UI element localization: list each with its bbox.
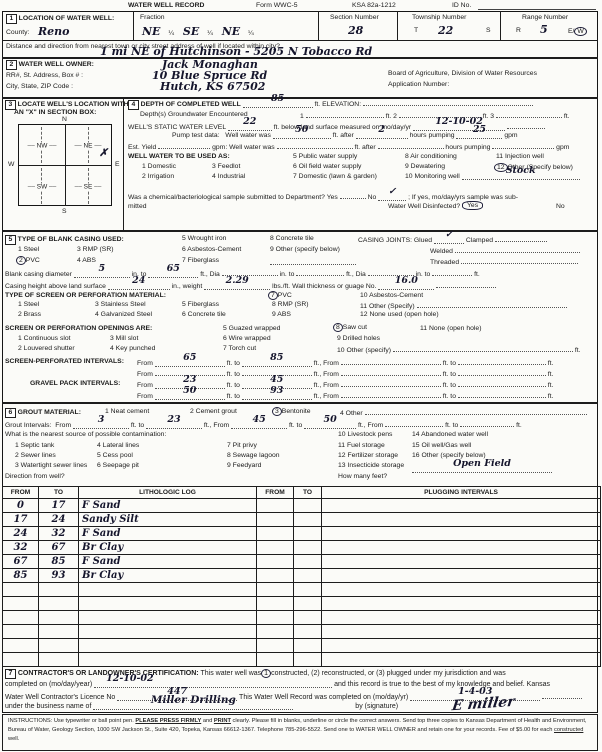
county-label: County: bbox=[6, 29, 29, 36]
casing-joints-line: CASING JOINTS: Glued ✓ Clamped bbox=[358, 235, 547, 244]
col-from2: FROM bbox=[257, 487, 294, 499]
gpi-row1: From 23 ft. to 45 ft., From ft. to ft. bbox=[137, 380, 553, 389]
divider bbox=[318, 11, 319, 40]
section3-title-2: AN "X" IN SECTION BOX: bbox=[14, 109, 96, 116]
screen-none: 12 None used (open hole) bbox=[360, 311, 439, 318]
openings-title: SCREEN OR PERFORATION OPENINGS ARE: bbox=[5, 325, 152, 332]
openings-none: 11 None (open hole) bbox=[420, 325, 481, 332]
contam-fertilizer: 12 Fertilizer storage bbox=[338, 452, 398, 459]
distance-value: 1 mi NE of Hutchinson - 5205 N Tobacco R… bbox=[100, 45, 372, 58]
address-label: RR#, St. Address, Box # : bbox=[6, 72, 83, 79]
contam-seepage: 6 Seepage pit bbox=[97, 462, 139, 469]
ksa-number: KSA 82a-1212 bbox=[352, 2, 396, 9]
constructed-circled: 1 bbox=[261, 669, 271, 678]
screen-galvanized: 4 Galvanized Steel bbox=[95, 311, 152, 318]
contam-watertight-sewer: 3 Watertight sewer lines bbox=[15, 462, 87, 469]
spi-label: SCREEN-PERFORATED INTERVALS: bbox=[5, 358, 124, 365]
openings-sawcut-circled: 8 bbox=[333, 323, 343, 332]
section-box-center-horizontal bbox=[18, 165, 112, 166]
col-plugging-intervals: PLUGGING INTERVALS bbox=[322, 487, 601, 499]
table-row-empty bbox=[3, 639, 601, 653]
screen-rmp: 8 RMP (SR) bbox=[272, 301, 309, 308]
table-row-empty bbox=[3, 583, 601, 597]
divider bbox=[133, 11, 134, 40]
section6-title: GROUT MATERIAL: bbox=[18, 409, 81, 416]
county-value: Reno bbox=[38, 25, 69, 38]
contam-other-blank: Open Field bbox=[412, 466, 552, 473]
casing-concrete-tile: 8 Concrete tile bbox=[270, 235, 314, 242]
quadrant-sw: SW bbox=[27, 184, 58, 191]
fraction-value: NE ¼ SE ¼ NE ¼ bbox=[142, 25, 254, 38]
grout-bentonite-circled: 3 bbox=[272, 407, 282, 416]
use-oilfield: 6 Oil field water supply bbox=[293, 163, 361, 170]
use-label: WELL WATER TO BE USED AS: bbox=[128, 153, 230, 160]
grout-bentonite: 3Bentonite bbox=[272, 407, 311, 416]
threaded-line: Threaded bbox=[430, 257, 578, 266]
divider bbox=[2, 40, 598, 41]
table-row: 6785F Sand bbox=[3, 555, 601, 569]
divider bbox=[123, 97, 124, 230]
casing-height-line: Casing height above land surface 24 in.,… bbox=[5, 281, 496, 290]
quarter-symbol: ¼ bbox=[248, 30, 254, 37]
section4-number: 4 bbox=[128, 100, 139, 110]
township-label: Township Number bbox=[412, 14, 466, 21]
openings-millslot: 3 Mill slot bbox=[110, 335, 138, 342]
section-number-value: 28 bbox=[348, 24, 363, 37]
city-value: Hutch, KS 67502 bbox=[160, 80, 265, 93]
table-row-empty bbox=[3, 653, 601, 667]
contam-lateral: 4 Lateral lines bbox=[97, 442, 139, 449]
divider bbox=[2, 230, 598, 232]
compass-e: E bbox=[115, 161, 120, 168]
use-feedlot: 3 Feedlot bbox=[212, 163, 240, 170]
compass-n: N bbox=[62, 116, 67, 123]
openings-keypunched: 4 Key punched bbox=[110, 345, 155, 352]
application-number-label: Application Number: bbox=[388, 81, 449, 88]
screen-brass: 2 Brass bbox=[18, 311, 41, 318]
openings-other: 10 Other (specify) ft. bbox=[337, 345, 580, 354]
quarter-symbol: ¼ bbox=[168, 30, 174, 37]
section3-title-1: LOCATE WELL'S LOCATION WITH bbox=[18, 101, 129, 108]
city-label: City, State, ZIP Code : bbox=[6, 83, 73, 90]
use-injection: 11 Injection well bbox=[496, 153, 544, 160]
divider bbox=[2, 402, 598, 404]
screen-material-title: TYPE OF SCREEN OR PERFORATION MATERIAL: bbox=[5, 292, 166, 299]
use-dewatering: 9 Dewatering bbox=[405, 163, 445, 170]
openings-sawcut: 8Saw cut bbox=[333, 323, 367, 332]
openings-gauzed: 5 Guazed wrapped bbox=[223, 325, 280, 332]
use-irrigation: 2 Irrigation bbox=[142, 173, 174, 180]
contam-livestock: 10 Livestock pens bbox=[338, 431, 392, 438]
casing-pvc-circled: 2 bbox=[16, 256, 26, 265]
section1-number: 1 bbox=[6, 14, 17, 24]
well-location-x-mark: ✗ bbox=[99, 147, 108, 159]
depth-label: DEPTH OF COMPLETED WELL bbox=[141, 101, 241, 108]
gpi-row2: From 50 ft. to 93 ft., From ft. to ft. bbox=[137, 391, 553, 400]
spi-row1: From 65 ft. to 85 ft., From ft. to ft. bbox=[137, 358, 553, 367]
casing-abs: 4 ABS bbox=[77, 257, 96, 264]
contam-cesspool: 5 Cess pool bbox=[97, 452, 133, 459]
screen-concrete: 6 Concrete tile bbox=[182, 311, 226, 318]
screen-fiberglass: 5 Fiberglass bbox=[182, 301, 219, 308]
id-blank bbox=[478, 3, 596, 10]
screen-pvc: 7PVC bbox=[268, 291, 292, 300]
section2-number: 2 bbox=[6, 60, 17, 70]
screen-stainless: 3 Stainless Steel bbox=[95, 301, 146, 308]
screen-asbestos: 10 Asbestos-Cement bbox=[360, 292, 423, 299]
section5-title: TYPE OF BLANK CASING USED: bbox=[18, 236, 124, 243]
screen-pvc-circled: 7 bbox=[268, 291, 278, 300]
contam-abandoned-well: 14 Abandoned water well bbox=[412, 431, 488, 438]
id-label: ID No. bbox=[452, 2, 471, 9]
range-w-circled: W bbox=[574, 27, 586, 36]
section7-number: 7 bbox=[5, 669, 16, 679]
contam-feedyard: 9 Feedyard bbox=[227, 462, 261, 469]
contamination-label: What is the nearest source of possible c… bbox=[5, 431, 166, 438]
table-row-empty bbox=[3, 611, 601, 625]
casing-rmp: 3 RMP (SR) bbox=[77, 246, 114, 253]
casing-pvc: 2PVC bbox=[16, 256, 40, 265]
elevation-blank bbox=[363, 99, 533, 106]
depth-blank: 85 bbox=[243, 101, 313, 108]
form-number: Form WWC-5 bbox=[256, 2, 298, 9]
table-row: 1724Sandy Silt bbox=[3, 513, 601, 527]
sample-question-line: Was a chemical/bacteriological sample su… bbox=[128, 192, 518, 201]
use-aircond: 8 Air conditioning bbox=[405, 153, 457, 160]
openings-torch: 7 Torch cut bbox=[223, 345, 256, 352]
instructions: INSTRUCTIONS: Use typewriter or ball poi… bbox=[2, 714, 598, 751]
divider bbox=[500, 11, 501, 40]
casing-other-blank bbox=[270, 258, 356, 265]
quadrant-nw: NW bbox=[27, 143, 58, 150]
disinfected-label: Water Well Disinfected? bbox=[388, 203, 460, 210]
direction-label: Direction from well? bbox=[5, 473, 65, 480]
use-domestic: 1 Domestic bbox=[142, 163, 176, 170]
table-row: 8593Br Clay bbox=[3, 569, 601, 583]
casing-asbestos: 6 Asbestos-Cement bbox=[182, 246, 241, 253]
disinfected-no: No bbox=[556, 203, 565, 210]
contam-sewage-lagoon: 8 Sewage lagoon bbox=[227, 452, 280, 459]
groundwater-label: Depth(s) Groundwater Encountered bbox=[140, 111, 248, 118]
board-label: Board of Agriculture, Division of Water … bbox=[388, 70, 537, 77]
casing-fiberglass: 7 Fiberglass bbox=[182, 257, 219, 264]
lithologic-log-table: FROM TO LITHOLOGIC LOG FROM TO PLUGGING … bbox=[2, 486, 601, 667]
compass-s: S bbox=[62, 208, 67, 215]
table-header-row: FROM TO LITHOLOGIC LOG FROM TO PLUGGING … bbox=[3, 487, 601, 499]
section1-title: LOCATION OF WATER WELL: bbox=[19, 15, 115, 22]
water-well-record-form: WATER WELL RECORD Form WWC-5 KSA 82a-121… bbox=[0, 0, 602, 752]
casing-steel: 1 Steel bbox=[18, 246, 39, 253]
pump-test-line: Pump test data: Well water was 50 ft. af… bbox=[172, 132, 518, 139]
contam-insecticide: 13 Insecticide storage bbox=[338, 462, 404, 469]
gpi-label: GRAVEL PACK INTERVALS: bbox=[30, 380, 120, 387]
feet-label: How many feet? bbox=[338, 473, 387, 480]
section2-title: WATER WELL OWNER: bbox=[19, 61, 94, 68]
range-ew: E/W bbox=[568, 27, 587, 36]
screen-abs: 9 ABS bbox=[272, 311, 291, 318]
grout-intervals-line: Grout Intervals: From 3 ft. to 23 ft., F… bbox=[5, 420, 522, 429]
screen-other: 11 Other (Specify) bbox=[360, 301, 567, 310]
table-row: 017F Sand bbox=[3, 499, 601, 513]
section5-number: 5 bbox=[5, 235, 16, 245]
fraction-label: Fraction bbox=[140, 14, 165, 21]
openings-drilled: 9 Drilled holes bbox=[337, 335, 380, 342]
est-yield-line: Est. Yield gpm: Well water was ft. after… bbox=[128, 142, 569, 151]
township-t: T bbox=[414, 27, 418, 34]
use-industrial: 4 Industrial bbox=[212, 173, 245, 180]
col-from: FROM bbox=[3, 487, 39, 499]
disinfected-yes-circled: Yes bbox=[462, 201, 483, 210]
range-label: Range Number bbox=[522, 14, 568, 21]
openings-continuous: 1 Continuous slot bbox=[18, 335, 71, 342]
township-s: S bbox=[486, 27, 491, 34]
section-number-label: Section Number bbox=[330, 14, 379, 21]
welded-line: Welded bbox=[430, 246, 580, 255]
contam-sewer: 2 Sewer lines bbox=[15, 452, 56, 459]
col-to2: TO bbox=[294, 487, 322, 499]
contam-oil-gas-well: 15 Oil well/Gas well bbox=[412, 442, 471, 449]
openings-louvered: 2 Louvered shutter bbox=[18, 345, 75, 352]
table-row: 2432F Sand bbox=[3, 527, 601, 541]
table-row-empty bbox=[3, 597, 601, 611]
range-r: R bbox=[516, 27, 521, 34]
sample-question-line2: mitted bbox=[128, 203, 147, 210]
range-value: 5 bbox=[540, 23, 548, 36]
grout-neat-cement: 1 Neat cement bbox=[105, 408, 149, 415]
openings-wire: 6 Wire wrapped bbox=[223, 335, 271, 342]
grout-cement-grout: 2 Cement grout bbox=[190, 408, 237, 415]
grout-other: 4 Other bbox=[340, 408, 587, 417]
contam-septic: 1 Septic tank bbox=[15, 442, 54, 449]
divider bbox=[397, 11, 398, 40]
use-monitoring: 10 Monitoring well Stock bbox=[405, 173, 580, 180]
casing-wrought-iron: 5 Wrought iron bbox=[182, 235, 226, 242]
form-title: WATER WELL RECORD bbox=[128, 2, 204, 9]
spi-row2: From ft. to ft., From ft. to ft. bbox=[137, 369, 553, 378]
business-line: under the business name of Miller Drilli… bbox=[5, 703, 398, 710]
screen-steel: 1 Steel bbox=[18, 301, 39, 308]
table-row-empty bbox=[3, 625, 601, 639]
use-lawn-garden: 7 Domestic (lawn & garden) bbox=[293, 173, 377, 180]
casing-other: 9 Other (specify below) bbox=[270, 246, 340, 253]
col-to: TO bbox=[39, 487, 79, 499]
quarter-symbol: ¼ bbox=[207, 30, 213, 37]
use-public: 5 Public water supply bbox=[293, 153, 357, 160]
table-row: 3267Br Clay bbox=[3, 541, 601, 555]
contam-fuel: 11 Fuel storage bbox=[338, 442, 385, 449]
col-lithologic-log: LITHOLOGIC LOG bbox=[79, 487, 257, 499]
quadrant-se: SE bbox=[74, 184, 103, 191]
compass-w: W bbox=[8, 161, 14, 168]
contam-pit-privy: 7 Pit privy bbox=[227, 442, 257, 449]
township-value: 22 bbox=[438, 24, 453, 37]
section6-number: 6 bbox=[5, 408, 16, 418]
